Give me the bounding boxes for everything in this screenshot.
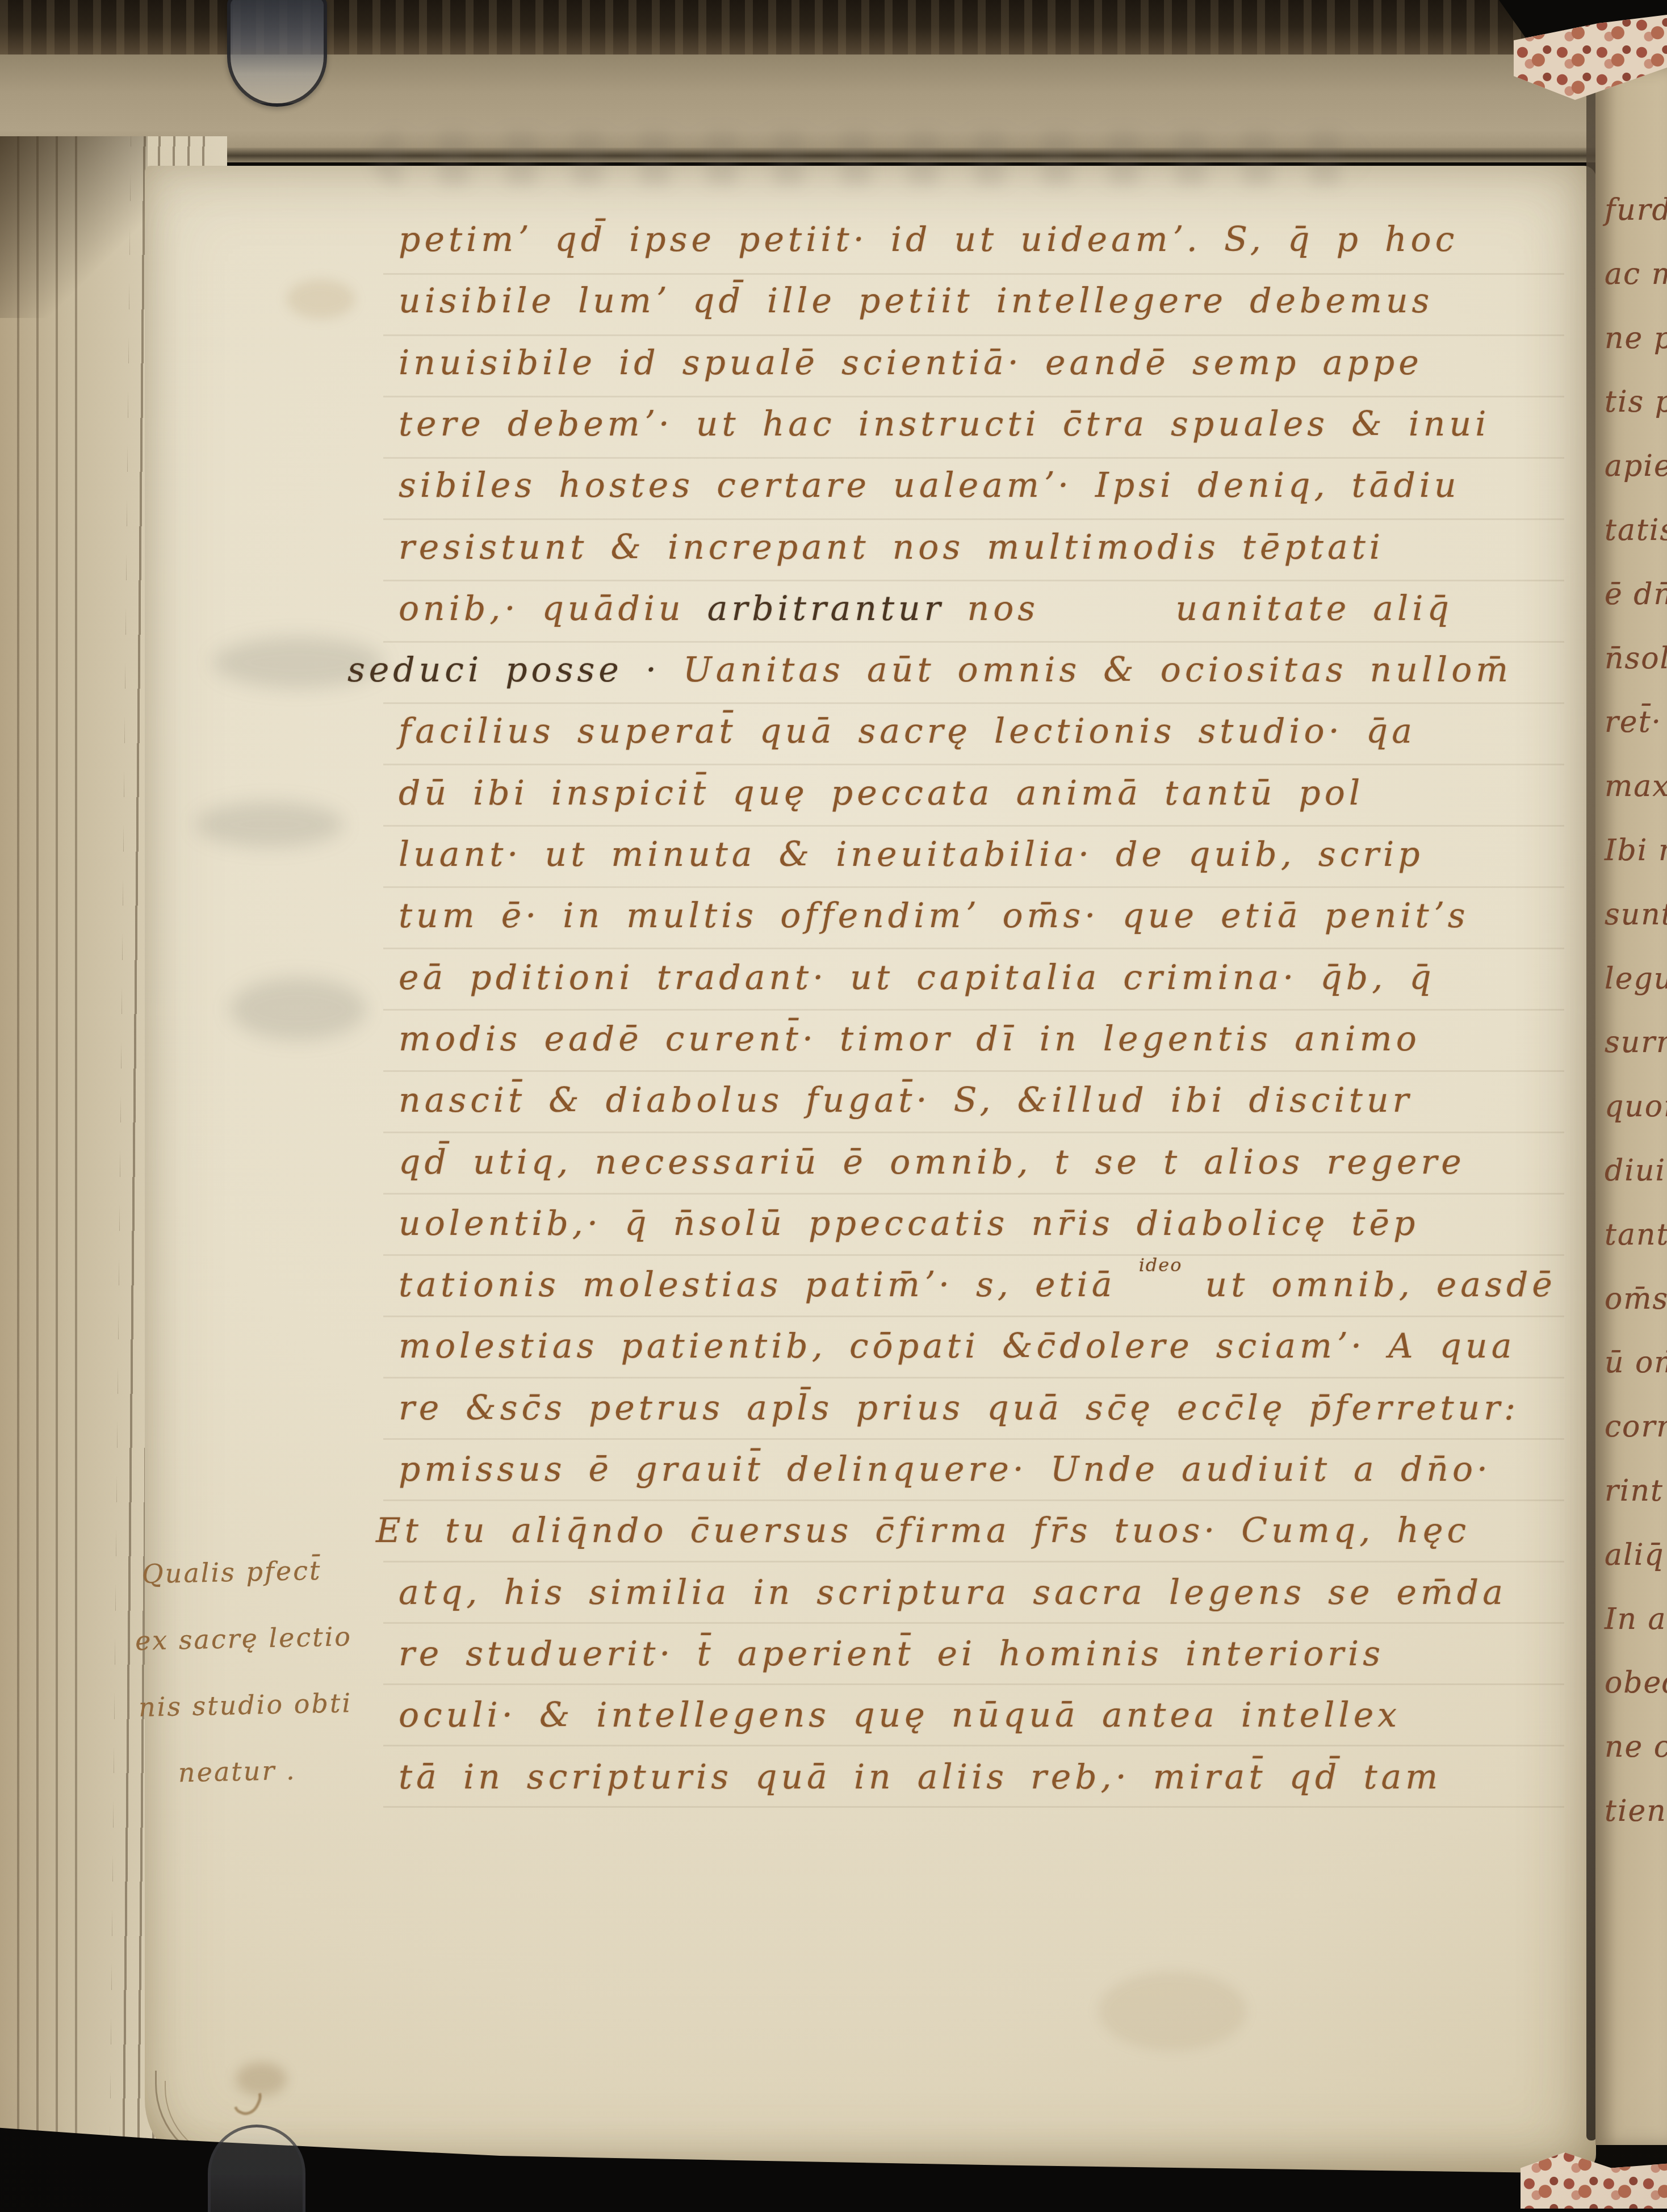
left-top-shadow xyxy=(0,136,148,318)
facing-page-sliver xyxy=(1595,67,1667,2145)
page-holder-clip-top xyxy=(227,0,327,107)
ruling-lines xyxy=(383,213,1564,1820)
manuscript-photo: petimʼ qd̄ ipse petiit· id ut uideamʼ. S… xyxy=(0,0,1667,2212)
parchment-stain xyxy=(1099,1971,1246,2051)
page-edge-streaks xyxy=(0,136,79,2163)
show-through-spot xyxy=(213,637,383,688)
manuscript-page xyxy=(145,166,1596,2173)
parchment-stain xyxy=(287,279,355,319)
show-through-text-band xyxy=(372,131,1371,185)
show-through-spot xyxy=(230,978,366,1040)
show-through-spot xyxy=(196,802,344,847)
